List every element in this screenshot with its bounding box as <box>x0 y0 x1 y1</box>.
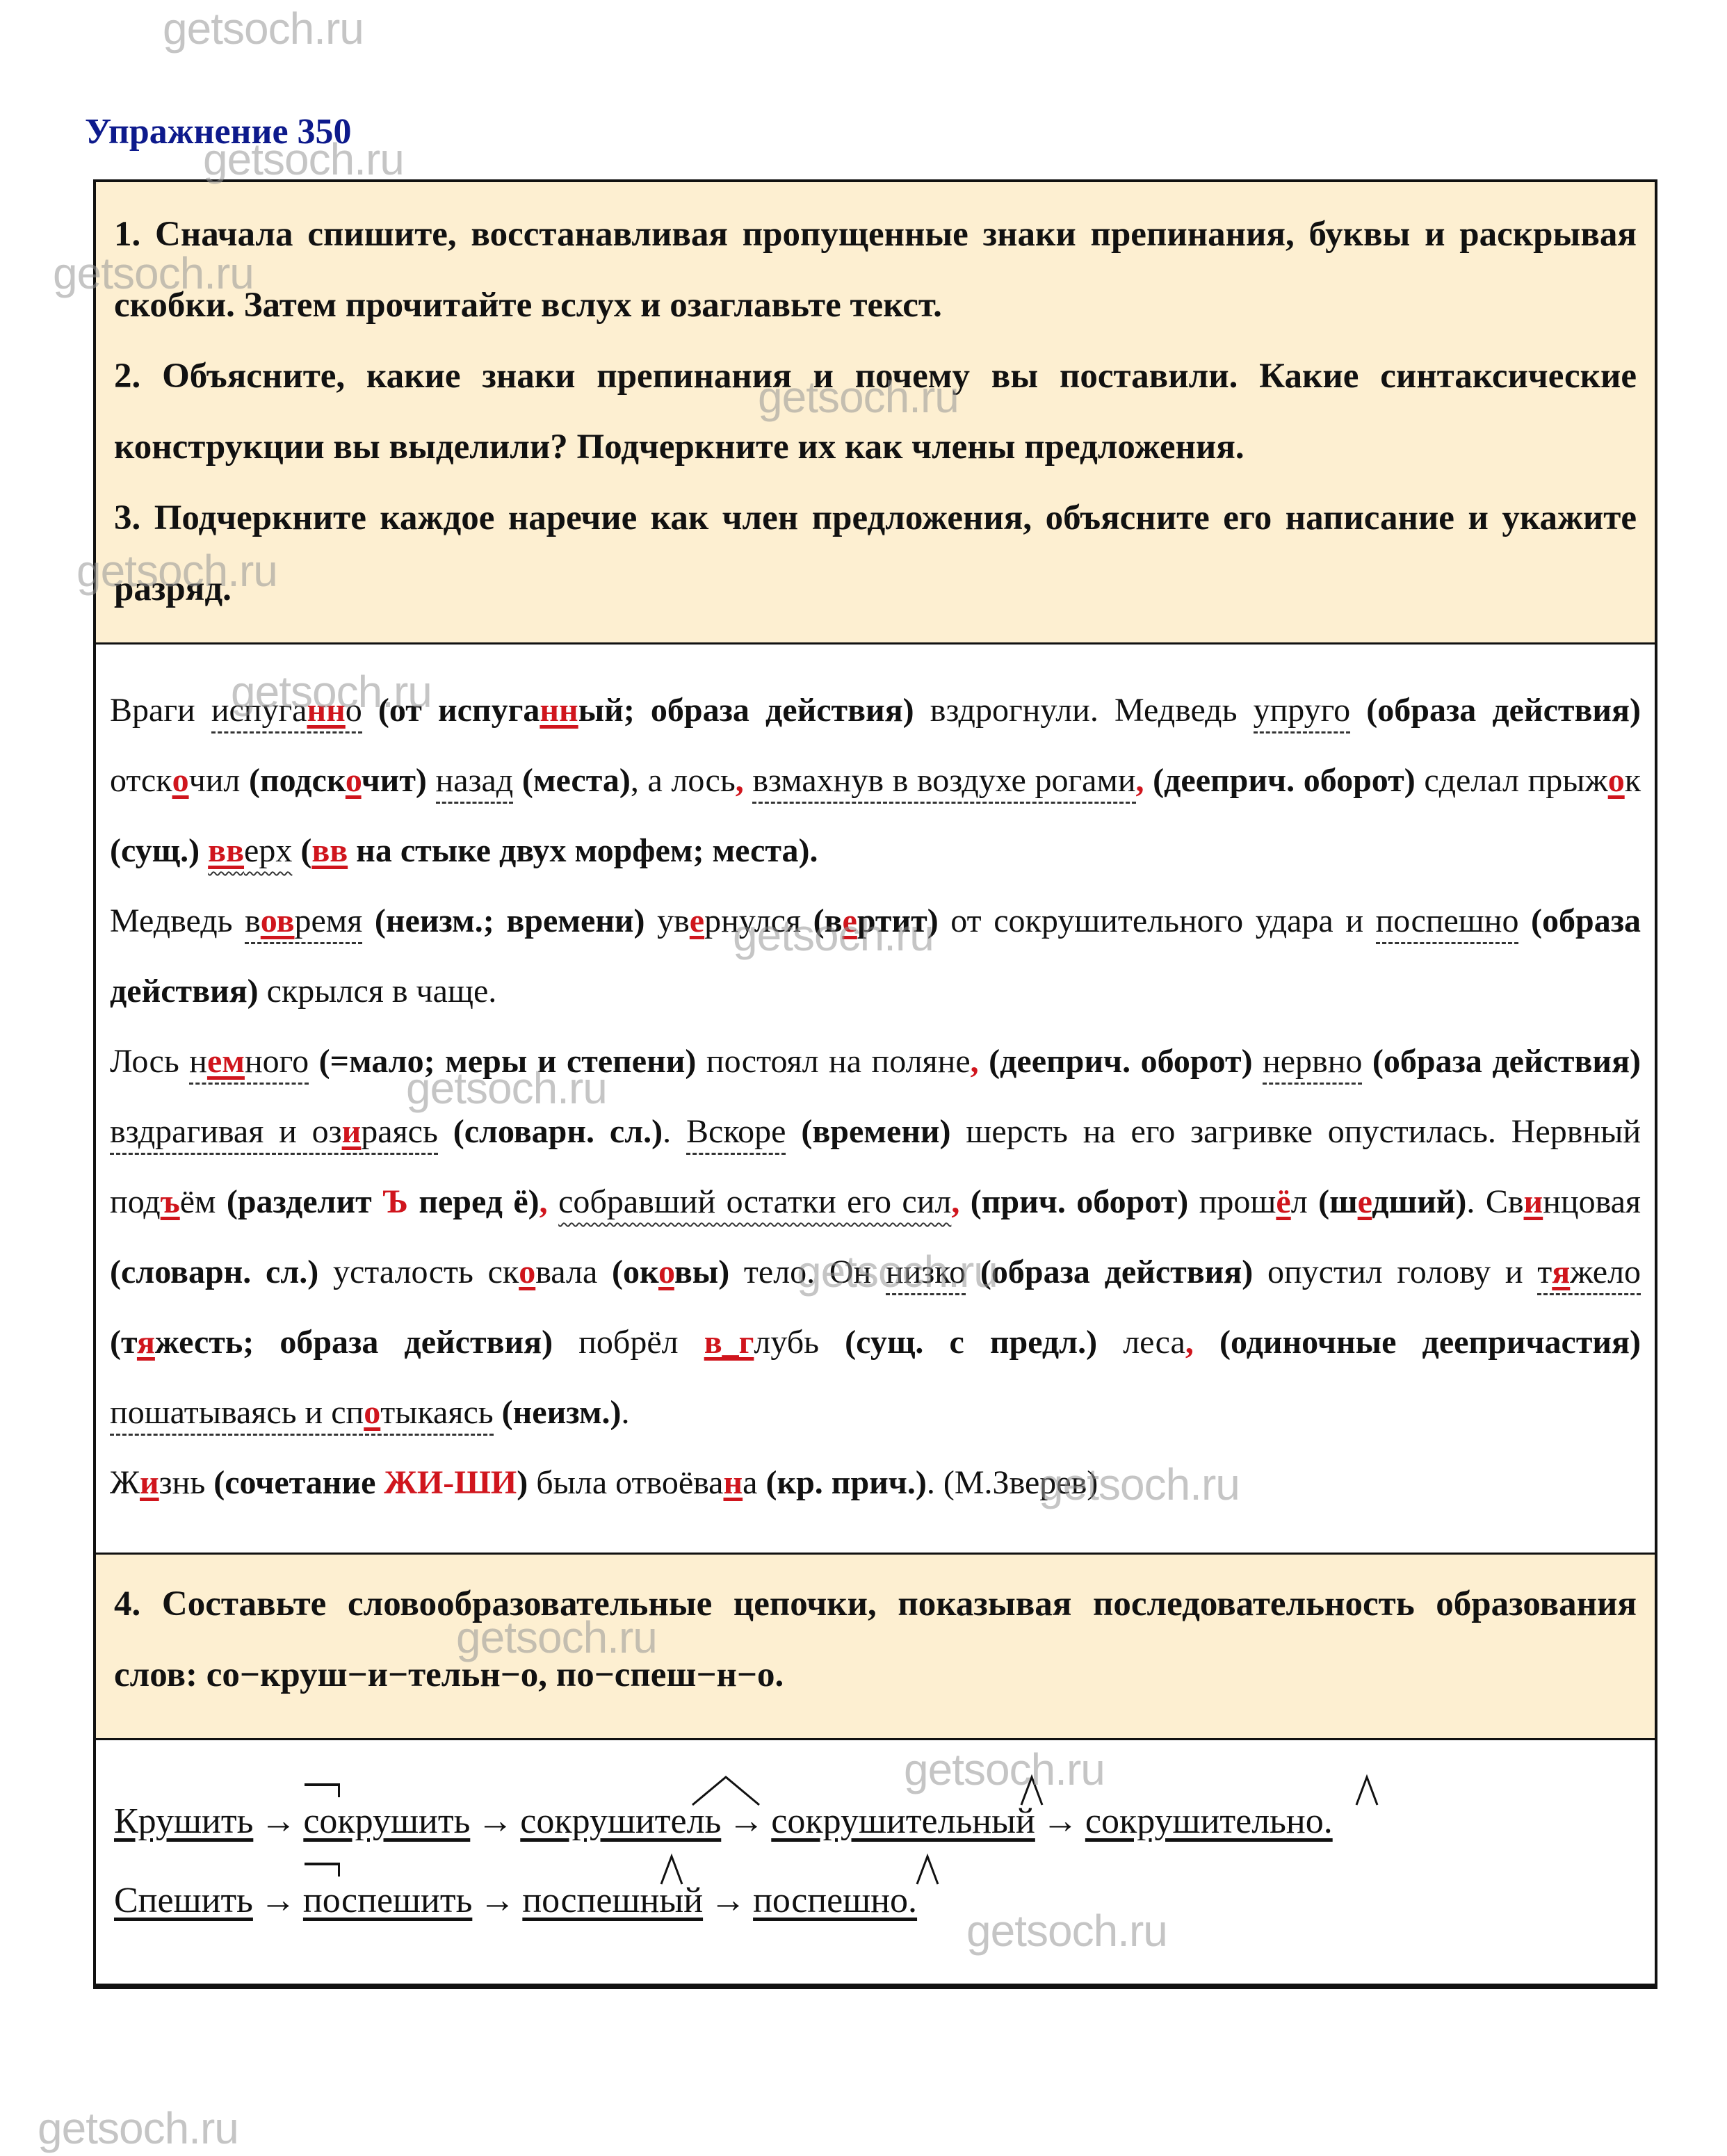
arrow-icon: → <box>477 1801 513 1841</box>
comment: (=мало; меры и степени) <box>309 1043 696 1080</box>
watermark: getsoch.ru <box>163 3 364 54</box>
adverb: вверх <box>208 832 292 869</box>
prefix-mark-icon <box>305 1863 340 1877</box>
adverb: вовремя <box>245 902 362 944</box>
chain-word: сокрушительно. <box>1085 1782 1333 1861</box>
adverb: поспешно <box>1376 902 1519 944</box>
comment: (подскочит) <box>249 762 427 799</box>
arrow-icon: → <box>260 1881 296 1920</box>
task-instructions: 1. Сначала спишите, восстанавливая пропу… <box>96 182 1655 645</box>
task-3: 3. Подчеркните каждое наречие как член п… <box>114 483 1637 624</box>
gerunds: пошатываясь и спотыкаясь <box>110 1394 494 1436</box>
adverb: Вскоре <box>686 1113 786 1155</box>
comment: (образа действия) <box>966 1254 1253 1290</box>
adverb: назад <box>436 762 514 804</box>
comment: (образа действия) <box>1362 1043 1641 1080</box>
comment: (кр. прич.) <box>765 1464 926 1501</box>
author: . (М.Зверев) <box>927 1464 1098 1501</box>
comment: (от испуганный; образа действия) <box>362 692 914 729</box>
comment: (неизм.) <box>494 1394 622 1431</box>
chain-2: Спешить→поспешить→поспешный→поспешно. <box>114 1861 1637 1940</box>
arrow-icon: → <box>479 1881 515 1920</box>
suffix-mark-icon <box>917 1833 938 1861</box>
chain-word: поспешить <box>303 1861 472 1940</box>
comment: (времени) <box>786 1113 950 1150</box>
comment: (сочетание ЖИ-ШИ) <box>213 1464 528 1501</box>
arrow-icon: → <box>710 1881 746 1920</box>
arrow-icon: → <box>260 1801 296 1841</box>
comment: (дееприч. оборот) <box>1144 762 1416 799</box>
noun-with-preposition: в_г <box>704 1324 754 1361</box>
suffix-mark-icon <box>661 1833 682 1861</box>
participial-phrase: вздрагивая и озираясь <box>110 1113 438 1155</box>
answer-paragraph-2: Медведь вовремя (неизм.; времени) уверну… <box>110 886 1641 1026</box>
chain-word: поспешно. <box>753 1861 917 1940</box>
chain-word: Спешить <box>114 1861 253 1940</box>
chain-word: Крушить <box>114 1782 253 1861</box>
comment: (словарн. сл.) <box>438 1113 663 1150</box>
answer-paragraph-1: Враги испуганно (от испуганный; образа д… <box>110 675 1641 886</box>
participial-phrase: собравший остатки его сил <box>558 1183 951 1220</box>
task-4: 4. Составьте словообразовательные цепочк… <box>96 1555 1655 1740</box>
chain-word: поспешный <box>522 1861 703 1940</box>
task-4-text: 4. Составьте словообразовательные цепочк… <box>114 1569 1637 1710</box>
comment: (места) <box>513 762 631 799</box>
word-formation-chains: Крушить→сокрушить→сокрушитель→сокрушител… <box>96 1740 1655 1984</box>
adverb: нервно <box>1263 1043 1362 1085</box>
exercise-title: Упражнение 350 <box>85 111 352 152</box>
prefix-mark-icon <box>305 1783 340 1797</box>
answer-paragraph-4: Жизнь (сочетание ЖИ-ШИ) была отвоёвана (… <box>110 1448 1641 1518</box>
comment: (одиночные деепричастия) <box>1194 1324 1641 1361</box>
task-1: 1. Сначала спишите, восстанавливая пропу… <box>114 199 1637 341</box>
arrow-icon: → <box>1042 1801 1078 1841</box>
adverb: немного <box>189 1043 309 1085</box>
comment: (вертит) <box>813 902 939 939</box>
answer-paragraph-3: Лось немного (=мало; меры и степени) пос… <box>110 1026 1641 1448</box>
arrow-icon: → <box>728 1801 764 1841</box>
adverb: упруго <box>1254 692 1351 733</box>
exercise-frame: 1. Сначала спишите, восстанавливая пропу… <box>93 179 1657 1989</box>
comment: (шедший) <box>1318 1183 1466 1220</box>
comment: (сущ.) <box>110 832 200 869</box>
comment: (прич. оборот) <box>959 1183 1188 1220</box>
comment: (оковы) <box>612 1254 729 1290</box>
comment: (образа действия) <box>1350 692 1641 729</box>
chain-1: Крушить→сокрушить→сокрушитель→сокрушител… <box>114 1782 1637 1861</box>
comment: (словарн. сл.) <box>110 1254 318 1290</box>
suffix-mark-icon <box>1356 1754 1377 1782</box>
text: Враги <box>110 692 211 729</box>
chain-word: сокрушительный <box>771 1782 1035 1861</box>
comment: (сущ. с предл.) <box>819 1324 1097 1361</box>
suffix-mark-icon <box>692 1754 759 1782</box>
suffix-mark-icon <box>1021 1754 1042 1782</box>
chain-word: сокрушить <box>303 1782 470 1861</box>
answer-text: Враги испуганно (от испуганный; образа д… <box>96 645 1655 1555</box>
chain-word: сокрушитель <box>520 1782 721 1861</box>
comment: (разделит Ъ перед ё) <box>227 1183 540 1220</box>
comment: (вв на стыке двух морфем; места). <box>292 832 818 869</box>
watermark: getsoch.ru <box>38 2102 238 2154</box>
adverb: низко <box>886 1254 966 1295</box>
comment: (тяжесть; образа действия) <box>110 1324 553 1361</box>
participial-phrase: взмахнув в воздухе рогами <box>752 762 1135 804</box>
task-2: 2. Объясните, какие знаки препинания и п… <box>114 341 1637 483</box>
adverb: тяжело <box>1537 1254 1641 1295</box>
adverb: испуганно <box>211 692 362 733</box>
comment: (неизм.; времени) <box>362 902 644 939</box>
comment: (дееприч. оборот) <box>979 1043 1253 1080</box>
